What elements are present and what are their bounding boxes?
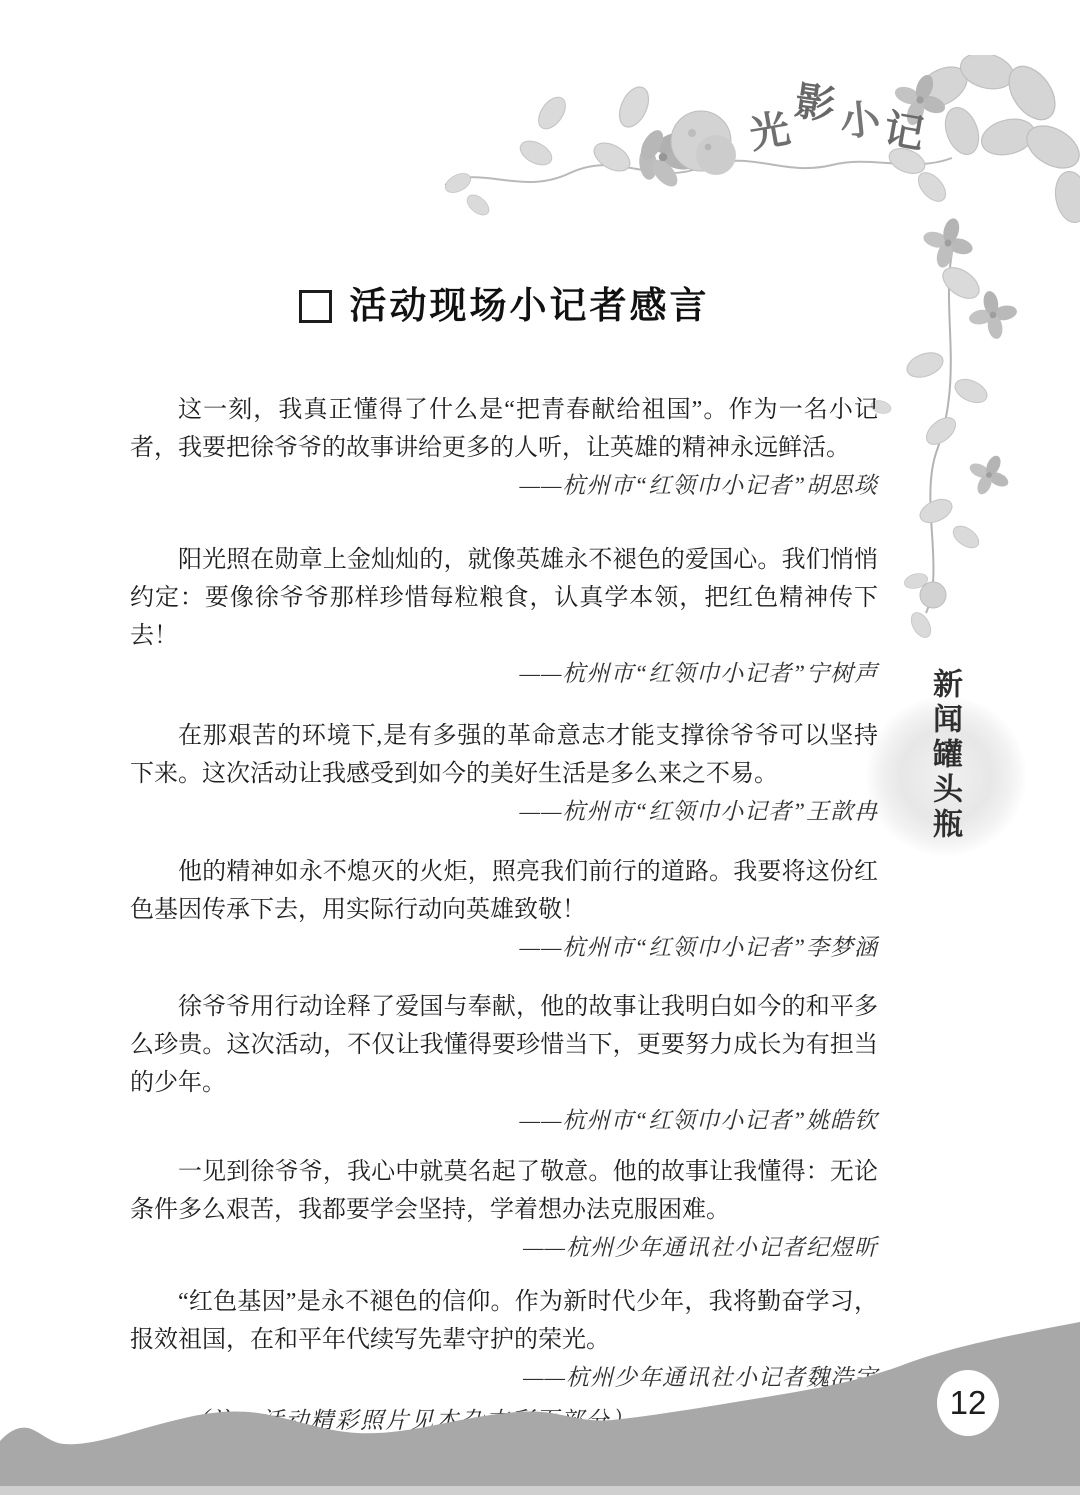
testimonial-block: 徐爷爷用行动诠释了爱国与奉献，他的故事让我明白如今的和平多么珍贵。这次活动，不仅… xyxy=(130,988,878,1140)
page-title: 活动现场小记者感言 xyxy=(350,283,710,329)
side-vertical-label: 新闻罐头瓶 xyxy=(924,668,964,868)
testimonial-attribution: ——杭州少年通讯社小记者纪煜昕 xyxy=(130,1229,878,1267)
testimonial-block: 在那艰苦的环境下,是有多强的革命意志才能支撑徐爷爷可以坚持下来。这次活动让我感受… xyxy=(130,717,878,831)
testimonial-attribution: ——杭州市“红领巾小记者”宁树声 xyxy=(130,655,878,693)
testimonial-text: 他的精神如永不熄灭的火炬，照亮我们前行的道路。我要将这份红色基因传承下去，用实际… xyxy=(130,853,878,929)
testimonial-attribution: ——杭州市“红领巾小记者”李梦涵 xyxy=(130,929,878,967)
testimonial-block: 一见到徐爷爷，我心中就莫名起了敬意。他的故事让我懂得：无论条件多么艰苦，我都要学… xyxy=(130,1153,878,1267)
corner-tag-char: 记 xyxy=(881,109,927,155)
testimonial-block: 阳光照在勋章上金灿灿的，就像英雄永不褪色的爱国心。我们悄悄约定：要像徐爷爷那样珍… xyxy=(130,541,878,693)
testimonial-text: 在那艰苦的环境下,是有多强的革命意志才能支撑徐爷爷可以坚持下来。这次活动让我感受… xyxy=(130,717,878,793)
magazine-page: 光 影 小 记 新闻罐头瓶 活动现场小记者感言 这一刻，我真正懂得了什么是“把青… xyxy=(0,0,1080,1495)
section-square-icon xyxy=(299,290,332,323)
testimonial-text: 一见到徐爷爷，我心中就莫名起了敬意。他的故事让我懂得：无论条件多么艰苦，我都要学… xyxy=(130,1153,878,1229)
article-column: 活动现场小记者感言 这一刻，我真正懂得了什么是“把青春献给祖国”。作为一名小记者… xyxy=(130,0,878,1439)
testimonial-text: 徐爷爷用行动诠释了爱国与奉献，他的故事让我明白如今的和平多么珍贵。这次活动，不仅… xyxy=(130,988,878,1102)
testimonial-attribution: ——杭州市“红领巾小记者”姚皓钦 xyxy=(130,1102,878,1140)
footer-wave xyxy=(0,1290,1080,1495)
testimonial-block: 这一刻，我真正懂得了什么是“把青春献给祖国”。作为一名小记者，我要把徐爷爷的故事… xyxy=(130,391,878,505)
testimonial-block: 他的精神如永不熄灭的火炬，照亮我们前行的道路。我要将这份红色基因传承下去，用实际… xyxy=(130,853,878,967)
section-title-row: 活动现场小记者感言 xyxy=(130,283,878,329)
page-number: 12 xyxy=(950,1384,987,1422)
testimonial-text: 阳光照在勋章上金灿灿的，就像英雄永不褪色的爱国心。我们悄悄约定：要像徐爷爷那样珍… xyxy=(130,541,878,655)
testimonial-text: 这一刻，我真正懂得了什么是“把青春献给祖国”。作为一名小记者，我要把徐爷爷的故事… xyxy=(130,391,878,467)
page-number-badge: 12 xyxy=(937,1370,999,1436)
testimonial-attribution: ——杭州市“红领巾小记者”胡思琰 xyxy=(130,467,878,505)
testimonial-attribution: ——杭州市“红领巾小记者”王歆冉 xyxy=(130,793,878,831)
